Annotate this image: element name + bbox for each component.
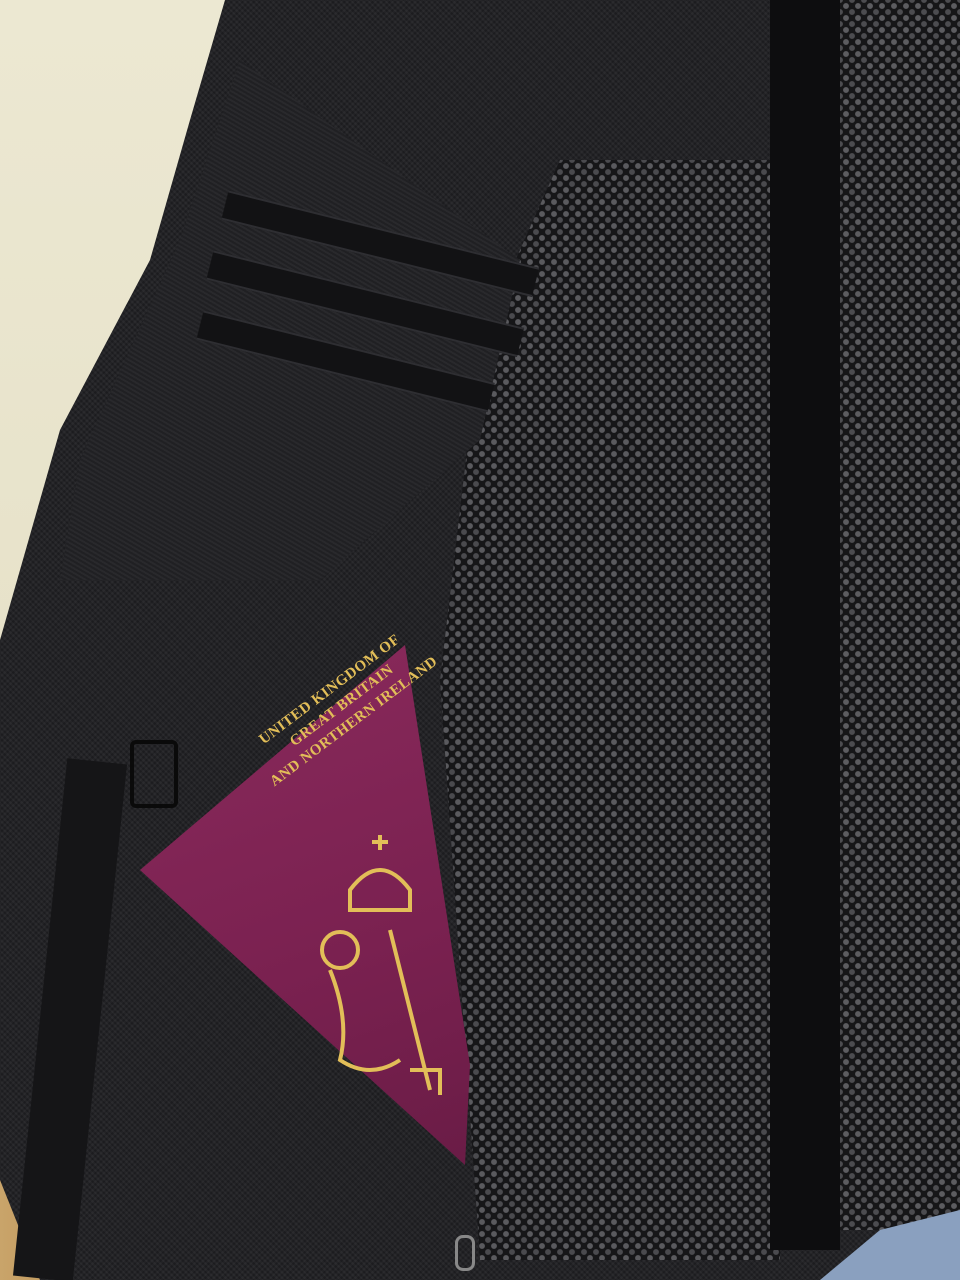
zipper-pull [455,1235,475,1271]
strap-buckle [130,740,178,808]
center-strap-band [770,0,840,1250]
coat-of-arms-icon [310,830,450,1100]
mesh-back-panel-right [840,0,960,1230]
photo-scene: UNITED KINGDOM OF GREAT BRITAIN AND NORT… [0,0,960,1280]
